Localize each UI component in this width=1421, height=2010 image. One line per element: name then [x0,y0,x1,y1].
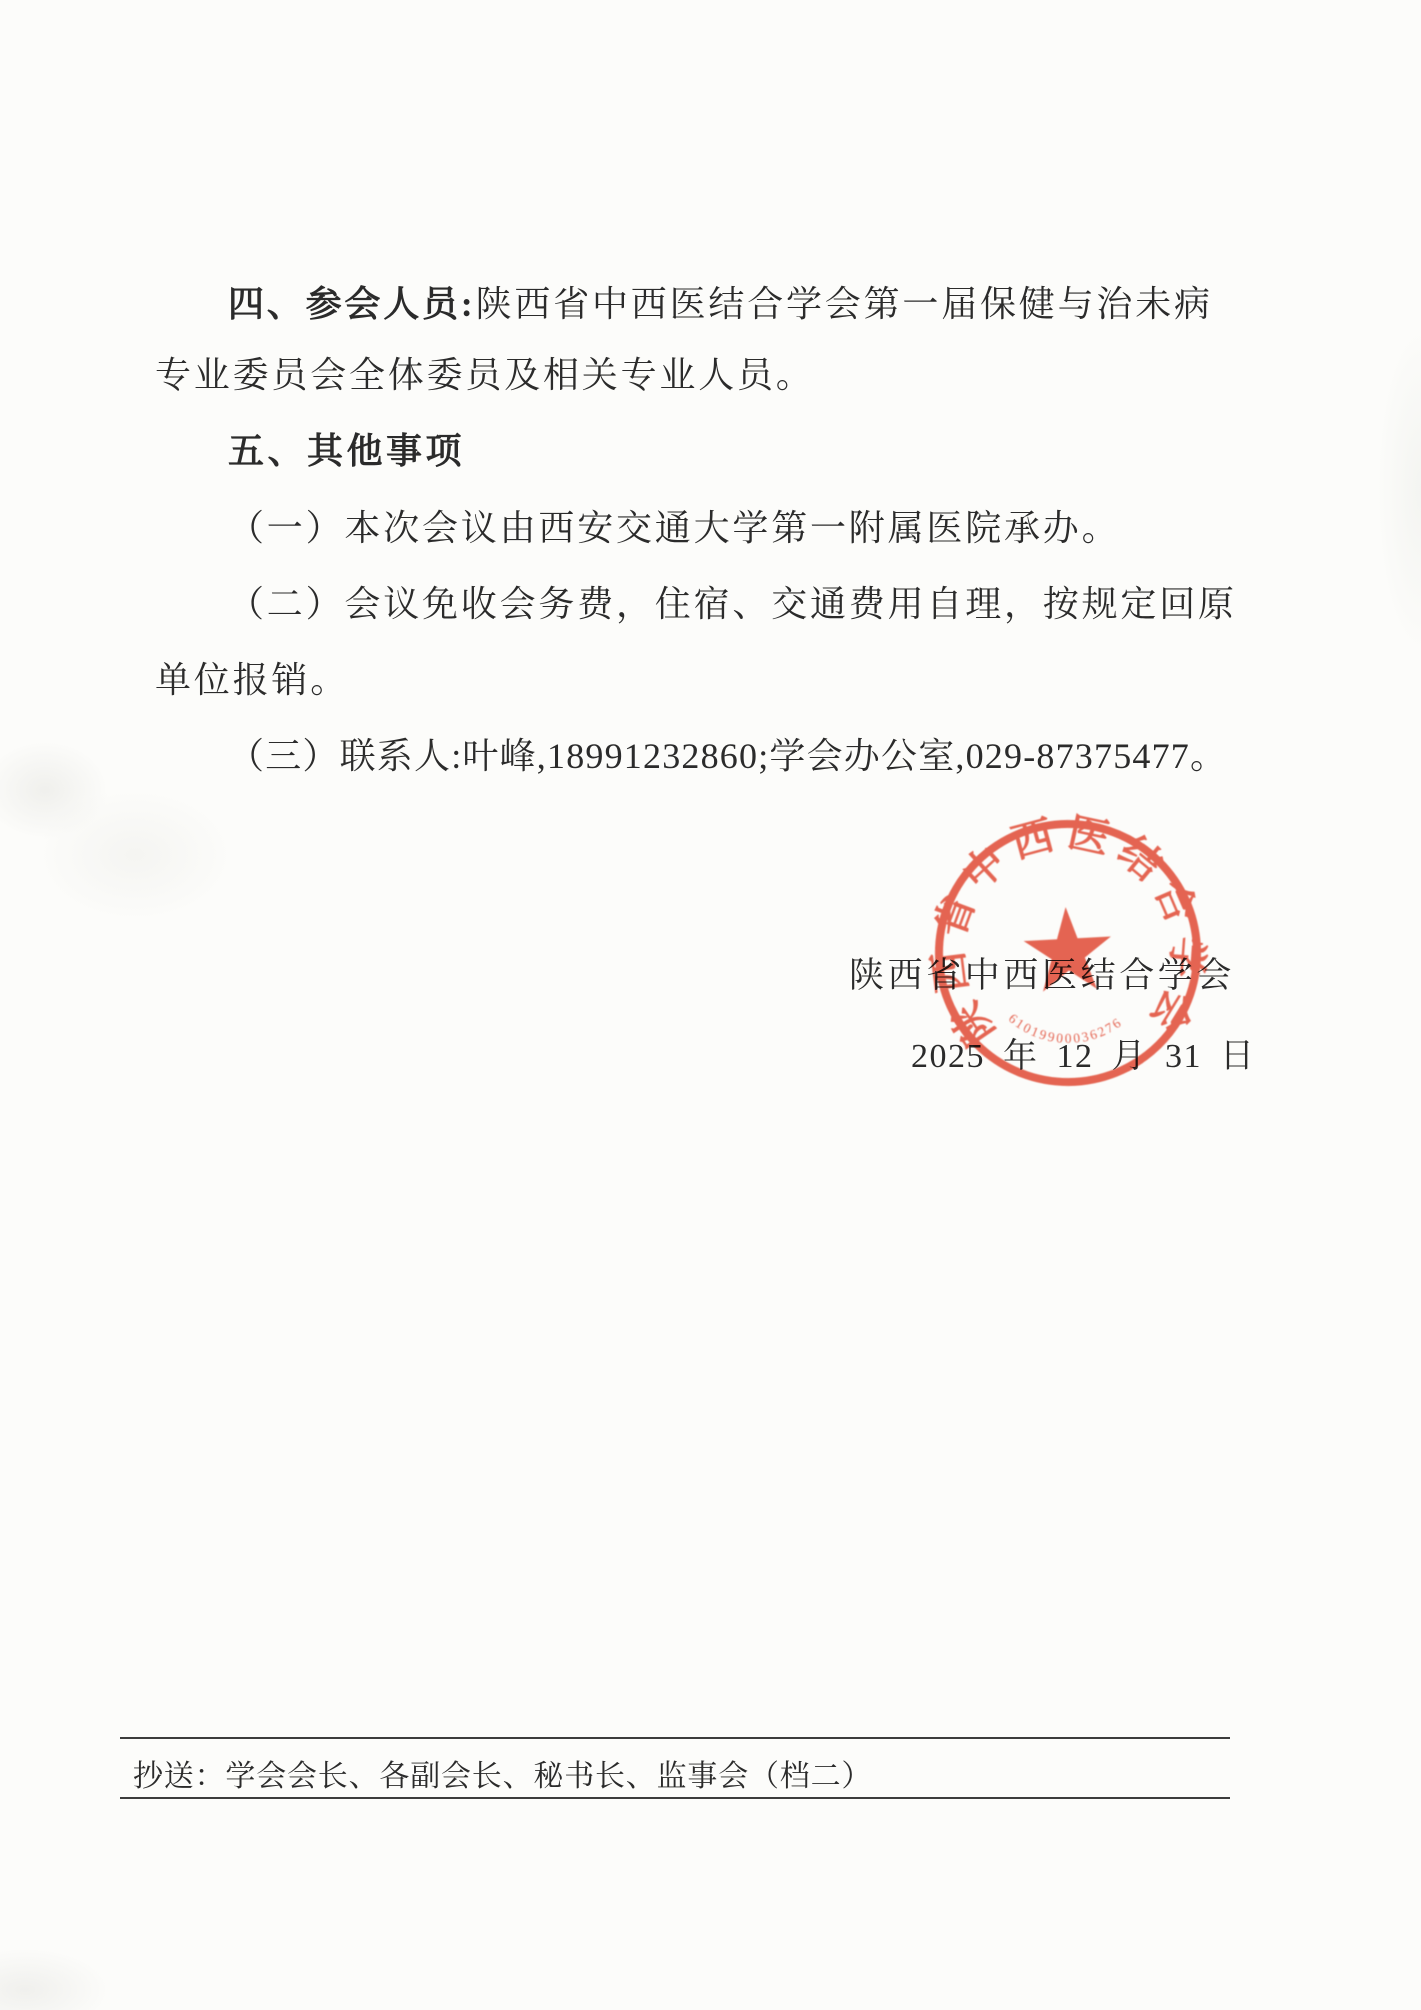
paragraph-attendees: 四、参会人员:陕西省中西医结合学会第一届保健与治未病 [228,276,1213,327]
scanned-notice-page: { "body": { "section4_heading": "四、参会人员:… [0,0,1421,2010]
footer-divider-top [120,1737,1230,1739]
seal-star-icon [1022,905,1114,993]
seal-registration-number: 61019900036276 [1005,1005,1126,1049]
other-matters-item2-line2: 单位报销。 [155,652,349,703]
official-red-seal: 陕西省中西医结合学会 61019900036276 [916,801,1221,1106]
footer-divider-bottom [120,1797,1230,1799]
attendees-text: 陕西省中西医结合学会第一届保健与治未病 [476,284,1213,324]
attendees-text-line2: 专业委员会全体委员及相关专业人员。 [155,347,815,398]
other-matters-item1: （一）本次会议由西安交通大学第一附属医院承办。 [228,500,1120,551]
other-matters-heading: 五、其他事项 [228,423,465,474]
other-matters-item2-line1: （二）会议免收会务费，住宿、交通费用自理，按规定回原 [228,576,1237,627]
attendees-heading: 四、参会人员: [228,284,476,324]
footer-cc-line: 抄送：学会会长、各副会长、秘书长、监事会（档二） [133,1751,872,1795]
other-matters-item3-contacts: （三）联系人:叶峰,18991232860;学会办公室,029-87375477… [228,728,1227,779]
